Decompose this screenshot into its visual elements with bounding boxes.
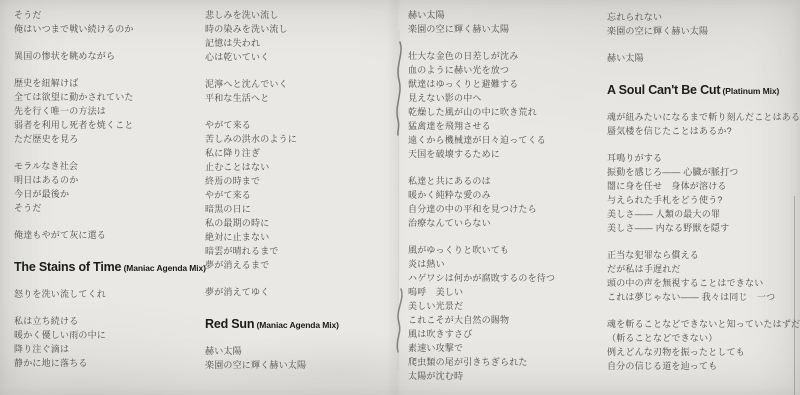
lyric-line: 暖かく優しい雨の中に [14, 328, 200, 342]
lyric-line: 悲しみを洗い流し [205, 8, 395, 22]
song-mix-label: (Platinum Mix) [720, 86, 779, 96]
lyric-line: 例えどんな刃物を振ったとしても [607, 345, 799, 359]
lyric-line: 先を行く唯一の方法は [14, 104, 200, 118]
lyric-line: 魂を斬ることなどできないと知っていたはずだ [607, 317, 799, 331]
lyric-line: 忘れられない [607, 10, 799, 24]
lyric-stanza: 夢が消えてゆく [205, 285, 395, 299]
lyric-line: 記憶は失われ [205, 36, 395, 50]
lyric-line: 天国を破壊するために [408, 147, 596, 161]
lyric-line: 風は吹きすさび [408, 327, 596, 341]
lyric-line: 自分の信じる道を辿っても [607, 359, 799, 373]
lyric-line: 楽園の空に輝く赫い太陽 [408, 22, 596, 36]
lyric-line: 夢が消えるまで [205, 258, 395, 272]
lyric-line: 赫い太陽 [408, 8, 596, 22]
lyric-line: そうだ [14, 8, 200, 22]
lyric-stanza: 悲しみを洗い流し時の染みを洗い流し記憶は失われ心は乾いていく [205, 8, 395, 64]
lyric-line: 美しさ―― 内なる野獣を隠す [607, 221, 799, 235]
lyric-line: 暗雲が晴れるまで [205, 244, 395, 258]
lyric-stanza: 歴史を紐解けば全ては欲望に動かされていた先を行く唯一の方法は弱者を利用し死者を焼… [14, 76, 200, 146]
fold-crease-upper-mark [397, 42, 401, 135]
lyric-line: 振動を感じろ―― 心臓が脈打つ [607, 165, 799, 179]
lyric-line: 魂が紐みたいになるまで斬り刻んだことはあるか? [607, 110, 799, 124]
song-mix-label: (Maniac Agenda Mix) [121, 263, 206, 273]
lyric-line: 猛禽達を飛翔させる [408, 119, 596, 133]
fold-crease-faint-line [398, 30, 399, 370]
lyric-line: 獣達はゆっくりと避難する [408, 77, 596, 91]
lyrics-column-4: 忘れられない楽園の空に輝く赫い太陽赫い太陽A Soul Can't Be Cut… [607, 0, 799, 373]
lyric-stanza: 異国の惨状を眺めながら [14, 49, 200, 63]
lyric-stanza: そうだ俺はいつまで戦い続けるのか [14, 8, 200, 36]
lyric-line: 炎は熱い [408, 257, 596, 271]
lyric-stanza: 魂を斬ることなどできないと知っていたはずだ（斬ることなどできない）例えどんな刃物… [607, 317, 799, 373]
lyric-stanza: モラルなき社会明日はあるのか今日が最後かそうだ [14, 159, 200, 215]
lyric-line: これは夢じゃない―― 我々は同じ 一つ [607, 290, 799, 304]
lyric-line: 嗚呼 美しい [408, 285, 596, 299]
lyric-line: 美しい光景だ [408, 299, 596, 313]
lyric-line: 夢が消えてゆく [205, 285, 395, 299]
lyric-line: 壮大な金色の日差しが沈み [408, 49, 596, 63]
lyric-line: 正当な犯罪なら償える [607, 248, 799, 262]
lyric-line: 止むことはない [205, 160, 395, 174]
lyric-line: 太陽が沈む時 [408, 369, 596, 383]
lyric-stanza: 私は立ち続ける暖かく優しい雨の中に降り注ぐ滴は静かに地に落ちる [14, 314, 200, 370]
lyric-line: 歴史を紐解けば [14, 76, 200, 90]
lyric-line: 蜃気楼を信じたことはあるか? [607, 124, 799, 138]
lyric-line: 素速い攻撃で [408, 341, 596, 355]
lyric-line: 怒りを洗い流してくれ [14, 287, 200, 301]
lyric-stanza: 泥濘へと沈んでいく平和な生活へと [205, 77, 395, 105]
lyric-line: これこそが大自然の賜物 [408, 313, 596, 327]
booklet-page: そうだ俺はいつまで戦い続けるのか異国の惨状を眺めながら歴史を紐解けば全ては欲望に… [0, 0, 800, 395]
lyric-line: 苦しみの洪水のように [205, 132, 395, 146]
lyric-line: 風がゆっくりと吹いても [408, 243, 596, 257]
lyric-line: だが私は手遅れだ [607, 262, 799, 276]
lyric-line: 頭の中の声を無視することはできない [607, 276, 799, 290]
lyric-stanza: 耳鳴りがする振動を感じろ―― 心臓が脈打つ闇に身を任せ 身体が溶ける与えられた手… [607, 151, 799, 235]
lyric-line: ただ歴史を見ろ [14, 132, 200, 146]
lyric-line: 俺達もやがて灰に還る [14, 228, 200, 242]
lyric-stanza: やがて来る苦しみの洪水のように私に降り注ぎ止むことはない終焉の時までやがて来る暗… [205, 118, 395, 272]
lyric-line: 終焉の時まで [205, 174, 395, 188]
lyric-stanza: 忘れられない楽園の空に輝く赫い太陽 [607, 10, 799, 38]
song-mix-label: (Maniac Agenda Mix) [254, 320, 339, 330]
lyric-line: 私に降り注ぎ [205, 146, 395, 160]
song-title-heading: The Stains of Time (Maniac Agenda Mix) [14, 258, 200, 276]
lyric-line: 乾燥した風が山の中に吹き荒れ [408, 105, 596, 119]
lyric-stanza: 正当な犯罪なら償えるだが私は手遅れだ頭の中の声を無視することはできないこれは夢じ… [607, 248, 799, 304]
lyrics-column-1: そうだ俺はいつまで戦い続けるのか異国の惨状を眺めながら歴史を紐解けば全ては欲望に… [14, 0, 200, 370]
lyric-line: 静かに地に落ちる [14, 356, 200, 370]
lyric-stanza: 私達と共にあるのは暖かく純粋な愛のみ自分達の中の平和を見つけたら治療なんていらな… [408, 174, 596, 230]
lyric-line: 血のように赫い光を放つ [408, 63, 596, 77]
song-title-text: A Soul Can't Be Cut [607, 83, 720, 97]
lyric-line: 楽園の空に輝く赫い太陽 [205, 358, 395, 372]
lyric-line: そうだ [14, 201, 200, 215]
lyric-line: やがて来る [205, 188, 395, 202]
lyric-line: 泥濘へと沈んでいく [205, 77, 395, 91]
lyric-line: 絶対に止まない [205, 230, 395, 244]
lyrics-column-2: 悲しみを洗い流し時の染みを洗い流し記憶は失われ心は乾いていく泥濘へと沈んでいく平… [205, 0, 395, 372]
lyric-line: 平和な生活へと [205, 91, 395, 105]
lyric-line: 心は乾いていく [205, 50, 395, 64]
lyric-stanza: 魂が紐みたいになるまで斬り刻んだことはあるか?蜃気楼を信じたことはあるか? [607, 110, 799, 138]
lyric-line: 赫い太陽 [205, 344, 395, 358]
song-title-text: Red Sun [205, 317, 254, 331]
lyric-line: 今日が最後か [14, 187, 200, 201]
lyric-line: 時の染みを洗い流し [205, 22, 395, 36]
lyric-line: 暖かく純粋な愛のみ [408, 188, 596, 202]
song-title-text: The Stains of Time [14, 260, 121, 274]
lyric-line: モラルなき社会 [14, 159, 200, 173]
lyric-line: 弱者を利用し死者を焼くこと [14, 118, 200, 132]
lyric-line: ハゲワシは何かが腐敗するのを待つ [408, 271, 596, 285]
song-title-heading: Red Sun (Maniac Agenda Mix) [205, 315, 395, 333]
lyric-stanza: 壮大な金色の日差しが沈み血のように赫い光を放つ獣達はゆっくりと避難する見えない影… [408, 49, 596, 161]
lyric-stanza: 赫い太陽 [607, 51, 799, 65]
lyric-line: 治療なんていらない [408, 216, 596, 230]
lyric-line: 美しさ―― 人類の最大の罪 [607, 207, 799, 221]
lyrics-column-3: 赫い太陽楽園の空に輝く赫い太陽壮大な金色の日差しが沈み血のように赫い光を放つ獣達… [408, 0, 596, 383]
lyric-line: 降り注ぐ滴は [14, 342, 200, 356]
fold-crease-lower-mark [397, 289, 402, 352]
lyric-line: 私は立ち続ける [14, 314, 200, 328]
lyric-line: 与えられた手札をどう使う? [607, 193, 799, 207]
lyric-line: 全ては欲望に動かされていた [14, 90, 200, 104]
lyric-stanza: 風がゆっくりと吹いても炎は熱いハゲワシは何かが腐敗するのを待つ嗚呼 美しい美しい… [408, 243, 596, 383]
lyric-line: 見えない影の中へ [408, 91, 596, 105]
lyric-line: 赫い太陽 [607, 51, 799, 65]
lyric-stanza: 怒りを洗い流してくれ [14, 287, 200, 301]
lyric-stanza: 赫い太陽楽園の空に輝く赫い太陽 [205, 344, 395, 372]
lyric-line: 自分達の中の平和を見つけたら [408, 202, 596, 216]
lyric-line: （斬ることなどできない） [607, 331, 799, 345]
lyric-line: 闇に身を任せ 身体が溶ける [607, 179, 799, 193]
lyric-line: 私達と共にあるのは [408, 174, 596, 188]
lyric-line: 私の最期の時に [205, 216, 395, 230]
lyric-line: 暗黒の日に [205, 202, 395, 216]
lyric-line: 遠くから機械達が日々迫ってくる [408, 133, 596, 147]
lyric-line: 異国の惨状を眺めながら [14, 49, 200, 63]
lyric-line: 楽園の空に輝く赫い太陽 [607, 24, 799, 38]
song-title-heading: A Soul Can't Be Cut (Platinum Mix) [607, 81, 799, 99]
lyric-stanza: 赫い太陽楽園の空に輝く赫い太陽 [408, 8, 596, 36]
lyric-line: 耳鳴りがする [607, 151, 799, 165]
lyric-line: 爬虫類の尾が引きちぎられた [408, 355, 596, 369]
lyric-line: 明日はあるのか [14, 173, 200, 187]
lyric-line: 俺はいつまで戦い続けるのか [14, 22, 200, 36]
lyric-stanza: 俺達もやがて灰に還る [14, 228, 200, 242]
lyric-line: やがて来る [205, 118, 395, 132]
